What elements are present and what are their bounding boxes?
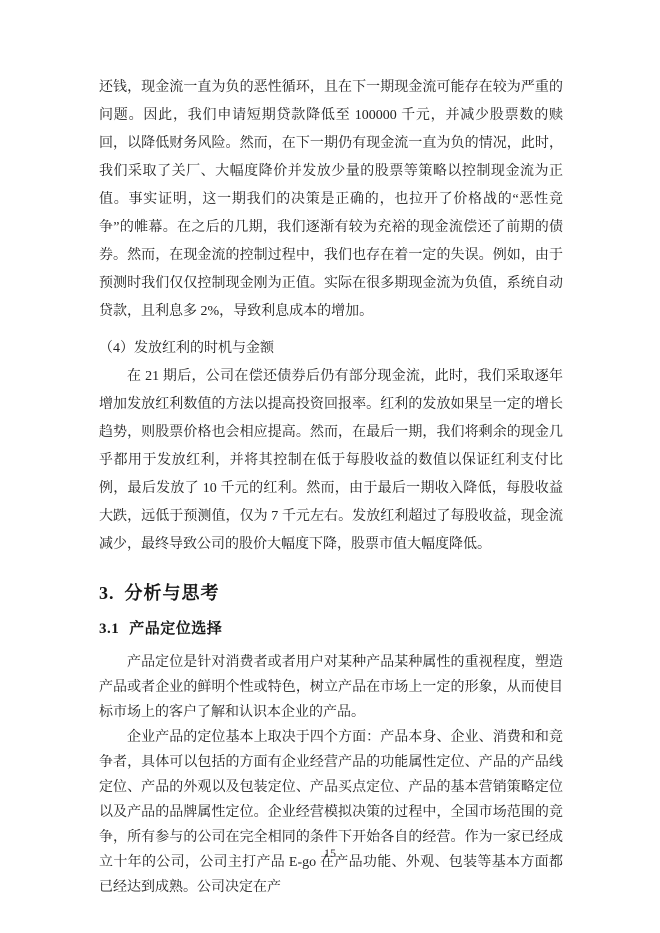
section-3-1-heading: 3.1产品定位选择 — [99, 617, 563, 641]
section-3-1-number: 3.1 — [99, 621, 119, 637]
page-content: 还钱，现金流一直为负的恶性循环，且在下一期现金流可能存在较为严重的问题。因此，我… — [99, 74, 563, 900]
section-3-title: 分析与思考 — [125, 583, 220, 603]
section-3-1-paragraph-1: 产品定位是针对消费者或者用户对某种产品某种属性的重视程度，塑造产品或者企业的鲜明… — [99, 650, 563, 725]
section-3-1-paragraph-2: 企业产品的定位基本上取决于四个方面：产品本身、企业、消费和和竞争者，具体可以包括… — [99, 725, 563, 900]
item4-paragraph: 在 21 期后，公司在偿还债券后仍有部分现金流，此时，我们采取逐年增加发放红利数… — [99, 363, 563, 559]
section-3-heading: 3.分析与思考 — [99, 580, 563, 606]
page-number: 15 — [0, 846, 660, 861]
item4-heading: （4）发放红利的时机与金额 — [99, 335, 563, 363]
paragraph-continuation: 还钱，现金流一直为负的恶性循环，且在下一期现金流可能存在较为严重的问题。因此，我… — [99, 74, 563, 326]
section-3-1-title: 产品定位选择 — [129, 620, 222, 637]
document-page: 还钱，现金流一直为负的恶性循环，且在下一期现金流可能存在较为严重的问题。因此，我… — [0, 0, 660, 933]
section-3-number: 3. — [99, 583, 115, 603]
